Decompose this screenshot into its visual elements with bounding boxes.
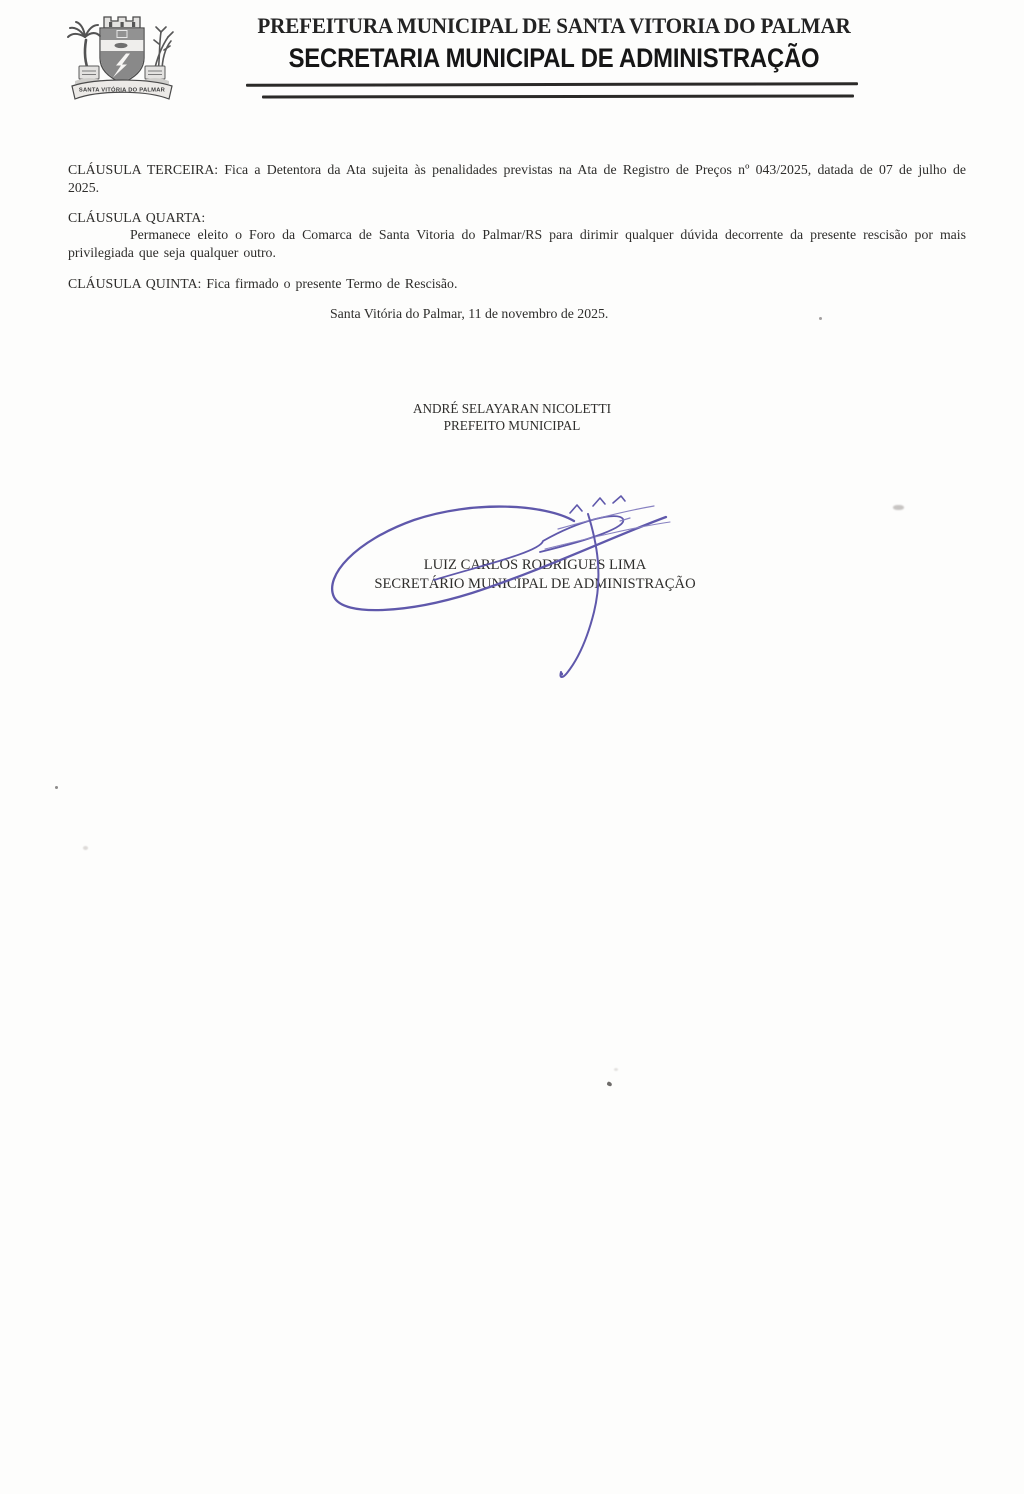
scan-smudge	[614, 1068, 618, 1071]
org-name: PREFEITURA MUNICIPAL DE SANTA VITORIA DO…	[251, 12, 856, 40]
ribbon-text: SANTA VITÓRIA DO PALMAR	[79, 86, 166, 94]
scanned-document-page: SANTA VITÓRIA DO PALMAR PREFEITURA MUNIC…	[0, 0, 1024, 1494]
palm-tree-icon	[68, 22, 100, 72]
header-rule-bottom	[262, 94, 854, 98]
signature-block-secretario: LUIZ CARLOS RODRIGUES LIMA SECRETÁRIO MU…	[285, 556, 785, 594]
clause-terceira: CLÁUSULA TERCEIRA: Fica a Detentora da A…	[68, 161, 966, 197]
plant-icon	[154, 27, 173, 72]
signer-title: SECRETÁRIO MUNICIPAL DE ADMINISTRAÇÃO	[285, 575, 785, 594]
dateline: Santa Vitória do Palmar, 11 de novembro …	[330, 306, 608, 322]
clause-quinta: CLÁUSULA QUINTA: Fica firmado o presente…	[68, 275, 966, 293]
coat-of-arms-icon: SANTA VITÓRIA DO PALMAR	[64, 10, 180, 108]
scan-smudge	[893, 505, 904, 510]
department-name: SECRETARIA MUNICIPAL DE ADMINISTRAÇÃO	[264, 42, 844, 74]
signer-name: ANDRÉ SELAYARAN NICOLETTI	[312, 400, 712, 417]
letterhead: PREFEITURA MUNICIPAL DE SANTA VITORIA DO…	[232, 12, 876, 74]
scan-speck	[606, 1081, 612, 1087]
signer-title: PREFEITO MUNICIPAL	[312, 417, 712, 434]
clause-quarta-heading: CLÁUSULA QUARTA:	[68, 209, 966, 227]
clause-quarta-body: Permanece eleito o Foro da Comarca de Sa…	[68, 226, 966, 262]
scan-smudge	[83, 846, 88, 850]
signer-name: LUIZ CARLOS RODRIGUES LIMA	[285, 556, 785, 575]
header-rule-top	[246, 82, 858, 87]
scan-speck	[819, 317, 822, 320]
signature-block-prefeito: ANDRÉ SELAYARAN NICOLETTI PREFEITO MUNIC…	[312, 400, 712, 434]
scan-speck	[55, 786, 58, 789]
municipal-coat-of-arms: SANTA VITÓRIA DO PALMAR	[64, 10, 180, 108]
